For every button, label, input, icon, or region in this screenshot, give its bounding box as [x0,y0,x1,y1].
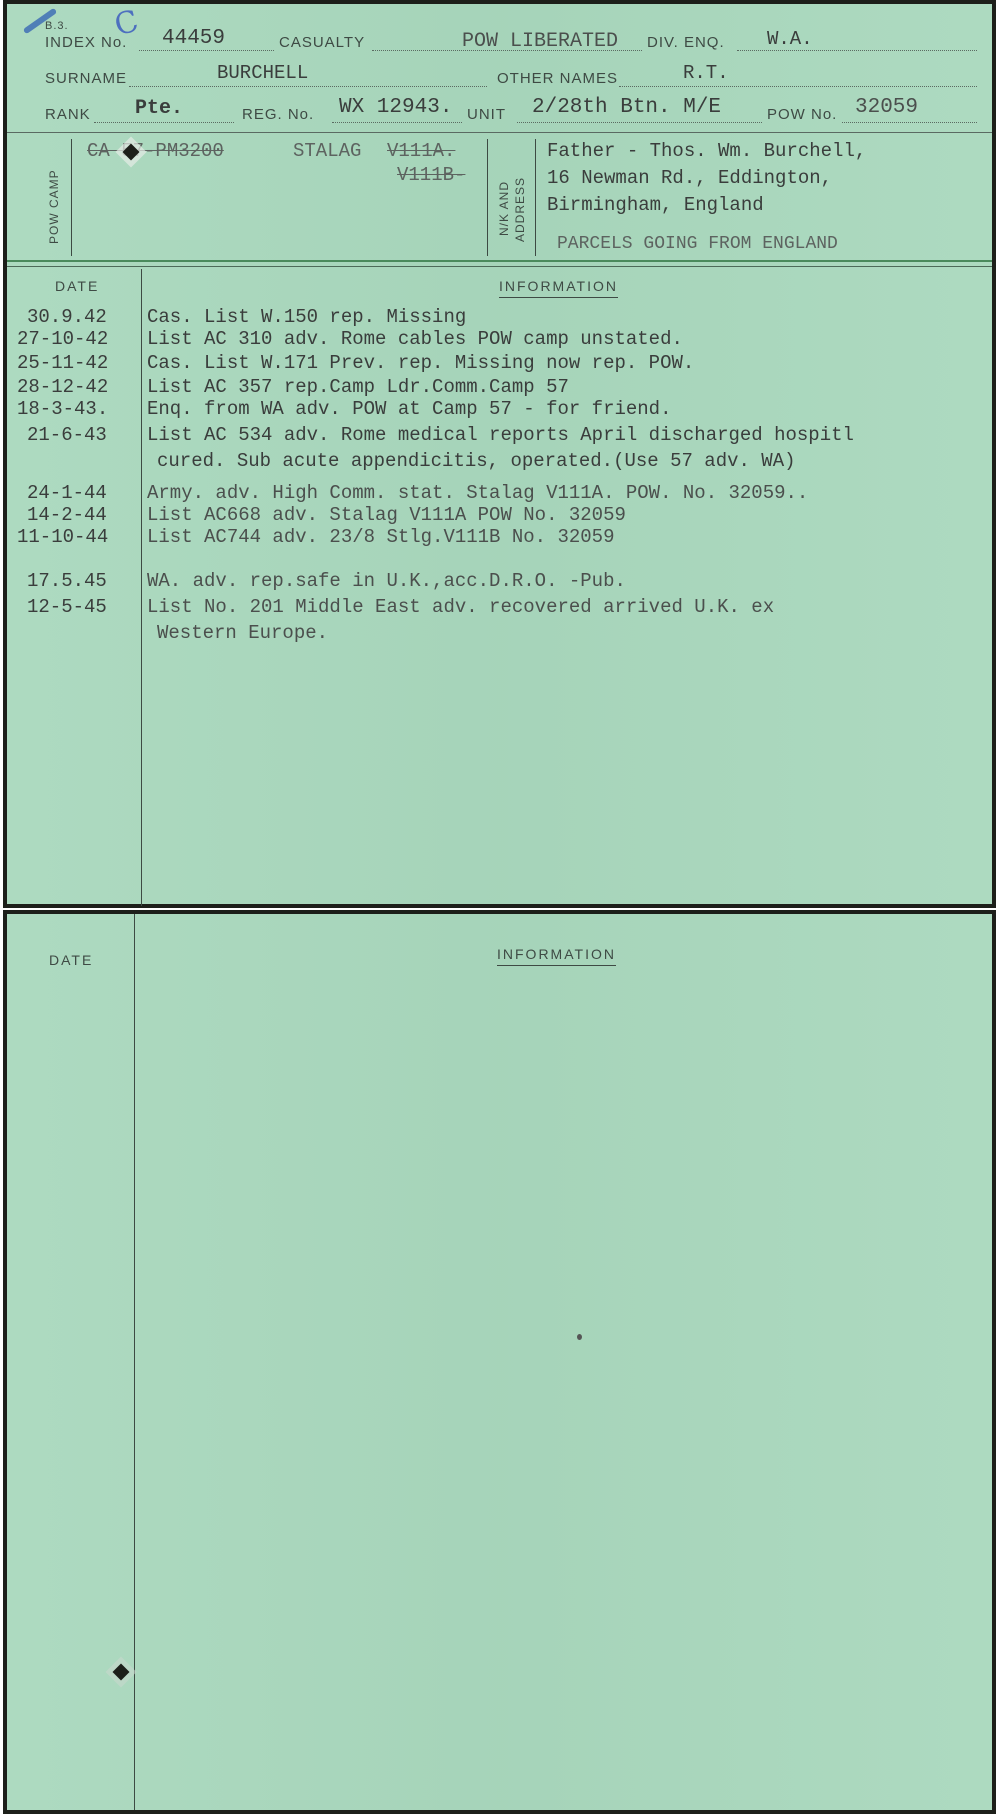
entry-info: Western Europe. [157,622,328,644]
nk-address-line-2: 16 Newman Rd., Eddington, [547,167,832,189]
surname-value: BURCHELL [217,62,308,84]
entry-info: List AC 534 adv. Rome medical reports Ap… [147,424,854,446]
other-names-label: OTHER NAMES [497,70,618,87]
entry-info: List AC668 adv. Stalag V111A POW No. 320… [147,504,626,526]
entry-info: List AC 310 adv. Rome cables POW camp un… [147,328,683,350]
parcels-note: PARCELS GOING FROM ENGLAND [557,234,838,254]
div-enq-value: W.A. [767,28,813,50]
index-label: INDEX No. [45,34,127,51]
pow-camp-stalag: STALAG [293,140,361,162]
entry-info: cured. Sub acute appendicitis, operated.… [157,450,796,472]
nk-address-line-1: Father - Thos. Wm. Burchell, [547,140,866,162]
reg-no-label: REG. No. [242,106,314,123]
ink-speck [577,1334,582,1340]
entry-date: 11-10-44 [17,526,108,548]
nk-label-line1: N/K AND [497,181,511,236]
index-value: 44459 [162,27,225,50]
reg-no-value: WX 12943. [339,96,452,119]
pow-no-label: POW No. [767,106,837,123]
rank-value: Pte. [135,97,183,120]
div-enq-label: DIV. ENQ. [647,34,725,51]
entry-date: 14-2-44 [27,504,107,526]
record-card-front: C B.3. INDEX No. 44459 CASUALTY POW LIBE… [3,0,996,908]
pow-camp-struck-entry: CA 57-PM3200 [87,140,224,162]
information-column-header: INFORMATION [499,278,618,298]
information-column-header-back: INFORMATION [497,946,616,966]
form-code: B.3. [45,20,69,32]
date-column-header: DATE [55,278,99,294]
nk-address-line-3: Birmingham, England [547,194,764,216]
record-card-back: DATE INFORMATION [3,910,996,1814]
other-names-value: R.T. [683,62,729,84]
entry-info: Cas. List W.171 Prev. rep. Missing now r… [147,352,694,374]
rank-label: RANK [45,106,91,123]
pow-camp-struck-b: V111B- [397,164,465,186]
punch-hole-icon [113,1664,130,1681]
entry-info: List No. 201 Middle East adv. recovered … [147,596,774,618]
pow-camp-label: POW CAMP [47,169,61,244]
entry-info: WA. adv. rep.safe in U.K.,acc.D.R.O. -Pu… [147,570,626,592]
pow-camp-struck-a: V111A. [387,140,455,162]
casualty-label: CASUALTY [279,34,365,51]
entry-date: 18-3-43. [17,398,108,420]
entry-info: Army. adv. High Comm. stat. Stalag V111A… [147,482,808,504]
entry-date: 30.9.42 [27,306,107,328]
surname-label: SURNAME [45,70,127,87]
pow-no-value: 32059 [855,96,918,119]
date-column-header-back: DATE [49,952,93,968]
entry-info: List AC 357 rep.Camp Ldr.Comm.Camp 57 [147,376,569,398]
unit-value: 2/28th Btn. M/E [532,96,721,119]
entry-date: 17.5.45 [27,570,107,592]
entry-info: Enq. from WA adv. POW at Camp 57 - for f… [147,398,672,420]
entry-date: 27-10-42 [17,328,108,350]
unit-label: UNIT [467,106,506,123]
nk-label-line2: ADDRESS [513,177,527,242]
entry-date: 28-12-42 [17,376,108,398]
entry-info: Cas. List W.150 rep. Missing [147,306,466,328]
entry-date: 25-11-42 [17,352,108,374]
entry-date: 21-6-43 [27,424,107,446]
entry-date: 12-5-45 [27,596,107,618]
entry-date: 24-1-44 [27,482,107,504]
entry-info: List AC744 adv. 23/8 Stlg.V111B No. 3205… [147,526,614,548]
casualty-value: POW LIBERATED [462,30,618,53]
